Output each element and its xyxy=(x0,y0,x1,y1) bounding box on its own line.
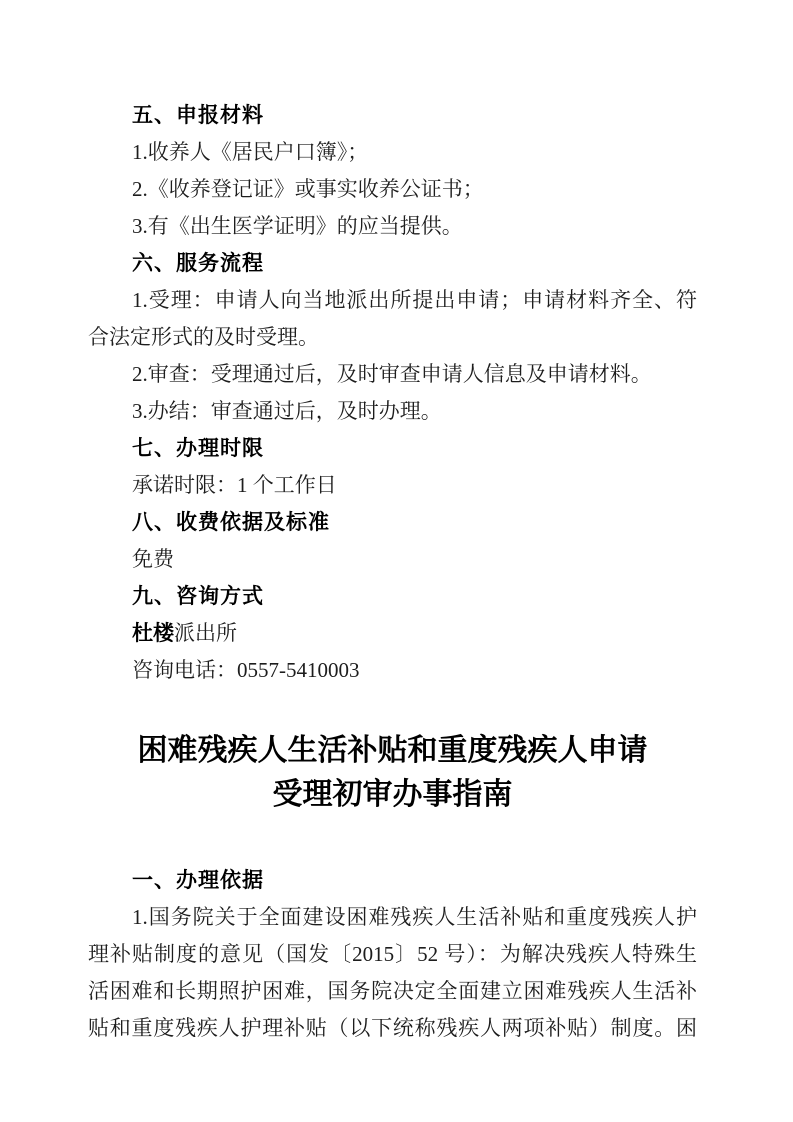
doc-line-basis-1: 1.国务院关于全面建设困难残疾人生活补贴和重度残疾人护 xyxy=(88,899,697,936)
office-name-bold: 杜楼 xyxy=(132,622,174,645)
doc-line-phone: 咨询电话：0557-5410003 xyxy=(88,652,697,689)
doc-line-step3: 3.办结：审查通过后，及时办理。 xyxy=(88,393,697,430)
section-fees: 八、收费依据及标准 免费 xyxy=(88,504,697,578)
section-materials: 五、申报材料 1.收养人《居民户口簿》； 2.《收养登记证》或事实收养公证书； … xyxy=(88,97,697,245)
section-time-limit: 七、办理时限 承诺时限：1 个工作日 xyxy=(88,430,697,504)
doc-line-time-limit-value: 承诺时限：1 个工作日 xyxy=(88,467,697,504)
section-heading-time-limit: 七、办理时限 xyxy=(88,430,697,467)
section-process: 六、服务流程 1.受理：申请人向当地派出所提出申请；申请材料齐全、符 合法定形式… xyxy=(88,245,697,430)
doc-line-fees-value: 免费 xyxy=(88,541,697,578)
doc-line-basis-4: 贴和重度残疾人护理补贴（以下统称残疾人两项补贴）制度。困 xyxy=(88,1010,697,1047)
guide-title-line2: 受理初审办事指南 xyxy=(88,773,697,817)
doc-line-basis-2: 理补贴制度的意见（国发〔2015〕52 号）：为解决残疾人特殊生 xyxy=(88,936,697,973)
doc-line-material-3: 3.有《出生医学证明》的应当提供。 xyxy=(88,208,697,245)
doc-line-basis-3: 活困难和长期照护困难，国务院决定全面建立困难残疾人生活补 xyxy=(88,973,697,1010)
section-heading-basis: 一、办理依据 xyxy=(88,862,697,899)
section-heading-contact: 九、咨询方式 xyxy=(88,578,697,615)
section-heading-process: 六、服务流程 xyxy=(88,245,697,282)
doc-line-material-1: 1.收养人《居民户口簿》； xyxy=(88,134,697,171)
section-contact: 九、咨询方式 杜楼派出所 咨询电话：0557-5410003 xyxy=(88,578,697,689)
doc-line-step1-part2: 合法定形式的及时受理。 xyxy=(88,319,697,356)
doc-line-office: 杜楼派出所 xyxy=(88,615,697,652)
doc-line-material-2: 2.《收养登记证》或事实收养公证书； xyxy=(88,171,697,208)
office-name-rest: 派出所 xyxy=(174,621,237,645)
doc-line-step2: 2.审查：受理通过后，及时审查申请人信息及申请材料。 xyxy=(88,356,697,393)
section-heading-fees: 八、收费依据及标准 xyxy=(88,504,697,541)
guide-title-line1: 困难残疾人生活补贴和重度残疾人申请 xyxy=(88,729,697,773)
doc-line-step1-part1: 1.受理：申请人向当地派出所提出申请；申请材料齐全、符 xyxy=(88,282,697,319)
document-page: 五、申报材料 1.收养人《居民户口簿》； 2.《收养登记证》或事实收养公证书； … xyxy=(0,0,793,1122)
section-basis: 一、办理依据 1.国务院关于全面建设困难残疾人生活补贴和重度残疾人护 理补贴制度… xyxy=(88,862,697,1047)
guide-title: 困难残疾人生活补贴和重度残疾人申请 受理初审办事指南 xyxy=(88,729,697,817)
section-heading-materials: 五、申报材料 xyxy=(88,97,697,134)
